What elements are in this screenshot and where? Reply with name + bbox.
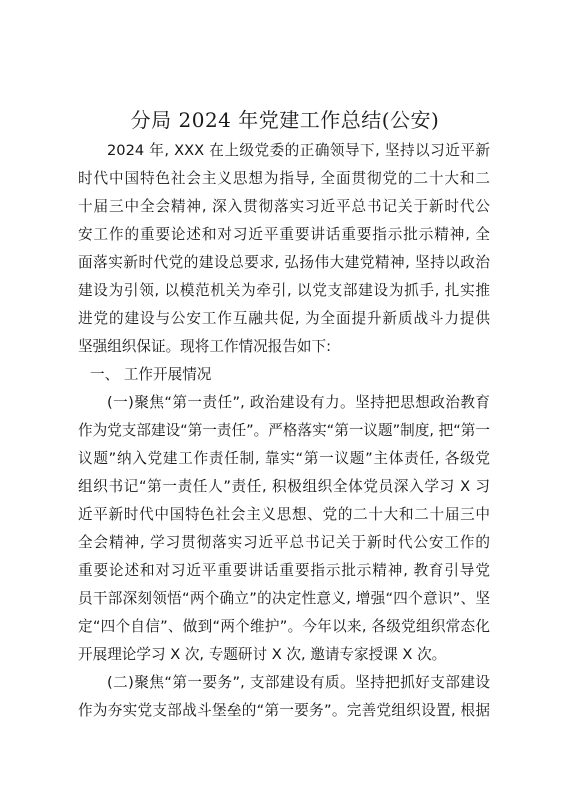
text-line: 员干部深刻领悟“两个确立”的决定性意义, 增强“四个意识”、坚 <box>78 585 490 613</box>
text-line: (二)聚焦“第一要务”, 支部建设有质。坚持把抓好支部建设 <box>78 669 490 697</box>
text-line: 作为夯实党支部战斗堡垒的“第一要务”。完善党组织设置, 根据 <box>78 697 490 725</box>
text-line: 坚强组织保证。现将工作情况报告如下: <box>78 333 490 361</box>
document-body: 2024 年, XXX 在上级党委的正确领导下, 坚持以习近平新 时代中国特色社… <box>78 137 490 725</box>
text-line: (一)聚焦“第一责任”, 政治建设有力。坚持把思想政治教育 <box>78 389 490 417</box>
section-heading: 一、 工作开展情况 <box>78 361 490 389</box>
text-line: 安工作的重要论述和对习近平重要讲话重要指示批示精神, 全 <box>78 221 490 249</box>
intro-paragraph: 2024 年, XXX 在上级党委的正确领导下, 坚持以习近平新 时代中国特色社… <box>78 137 490 361</box>
text-line: 开展理论学习 X 次, 专题研讨 X 次, 邀请专家授课 X 次。 <box>78 641 490 669</box>
document-title: 分局 2024 年党建工作总结(公安) <box>0 107 570 133</box>
text-line: 时代中国特色社会主义思想为指导, 全面贯彻党的二十大和二 <box>78 165 490 193</box>
text-line: 组织书记“第一责任人”责任, 积极组织全体党员深入学习 X 习 <box>78 473 490 501</box>
text-line: 2024 年, XXX 在上级党委的正确领导下, 坚持以习近平新 <box>78 137 490 165</box>
text-line: 近平新时代中国特色社会主义思想、党的二十大和二十届三中 <box>78 501 490 529</box>
subsection-2-paragraph: (二)聚焦“第一要务”, 支部建设有质。坚持把抓好支部建设 作为夯实党支部战斗堡… <box>78 669 490 725</box>
text-line: 议题”纳入党建工作责任制, 靠实“第一议题”主体责任, 各级党 <box>78 445 490 473</box>
text-line: 进党的建设与公安工作互融共促, 为全面提升新质战斗力提供 <box>78 305 490 333</box>
text-line: 作为党支部建设“第一责任”。严格落实“第一议题”制度, 把“第一 <box>78 417 490 445</box>
text-line: 面落实新时代党的建设总要求, 弘扬伟大建党精神, 坚持以政治 <box>78 249 490 277</box>
text-line: 全会精神, 学习贯彻落实习近平总书记关于新时代公安工作的 <box>78 529 490 557</box>
text-line: 建设为引领, 以模范机关为牵引, 以党支部建设为抓手, 扎实推 <box>78 277 490 305</box>
subsection-1-paragraph: (一)聚焦“第一责任”, 政治建设有力。坚持把思想政治教育 作为党支部建设“第一… <box>78 389 490 669</box>
text-line: 定“四个自信”、做到“两个维护”。今年以来, 各级党组织常态化 <box>78 613 490 641</box>
text-line: 十届三中全会精神, 深入贯彻落实习近平总书记关于新时代公 <box>78 193 490 221</box>
text-line: 重要论述和对习近平重要讲话重要指示批示精神, 教育引导党 <box>78 557 490 585</box>
document-page: 分局 2024 年党建工作总结(公安) 2024 年, XXX 在上级党委的正确… <box>0 0 570 807</box>
